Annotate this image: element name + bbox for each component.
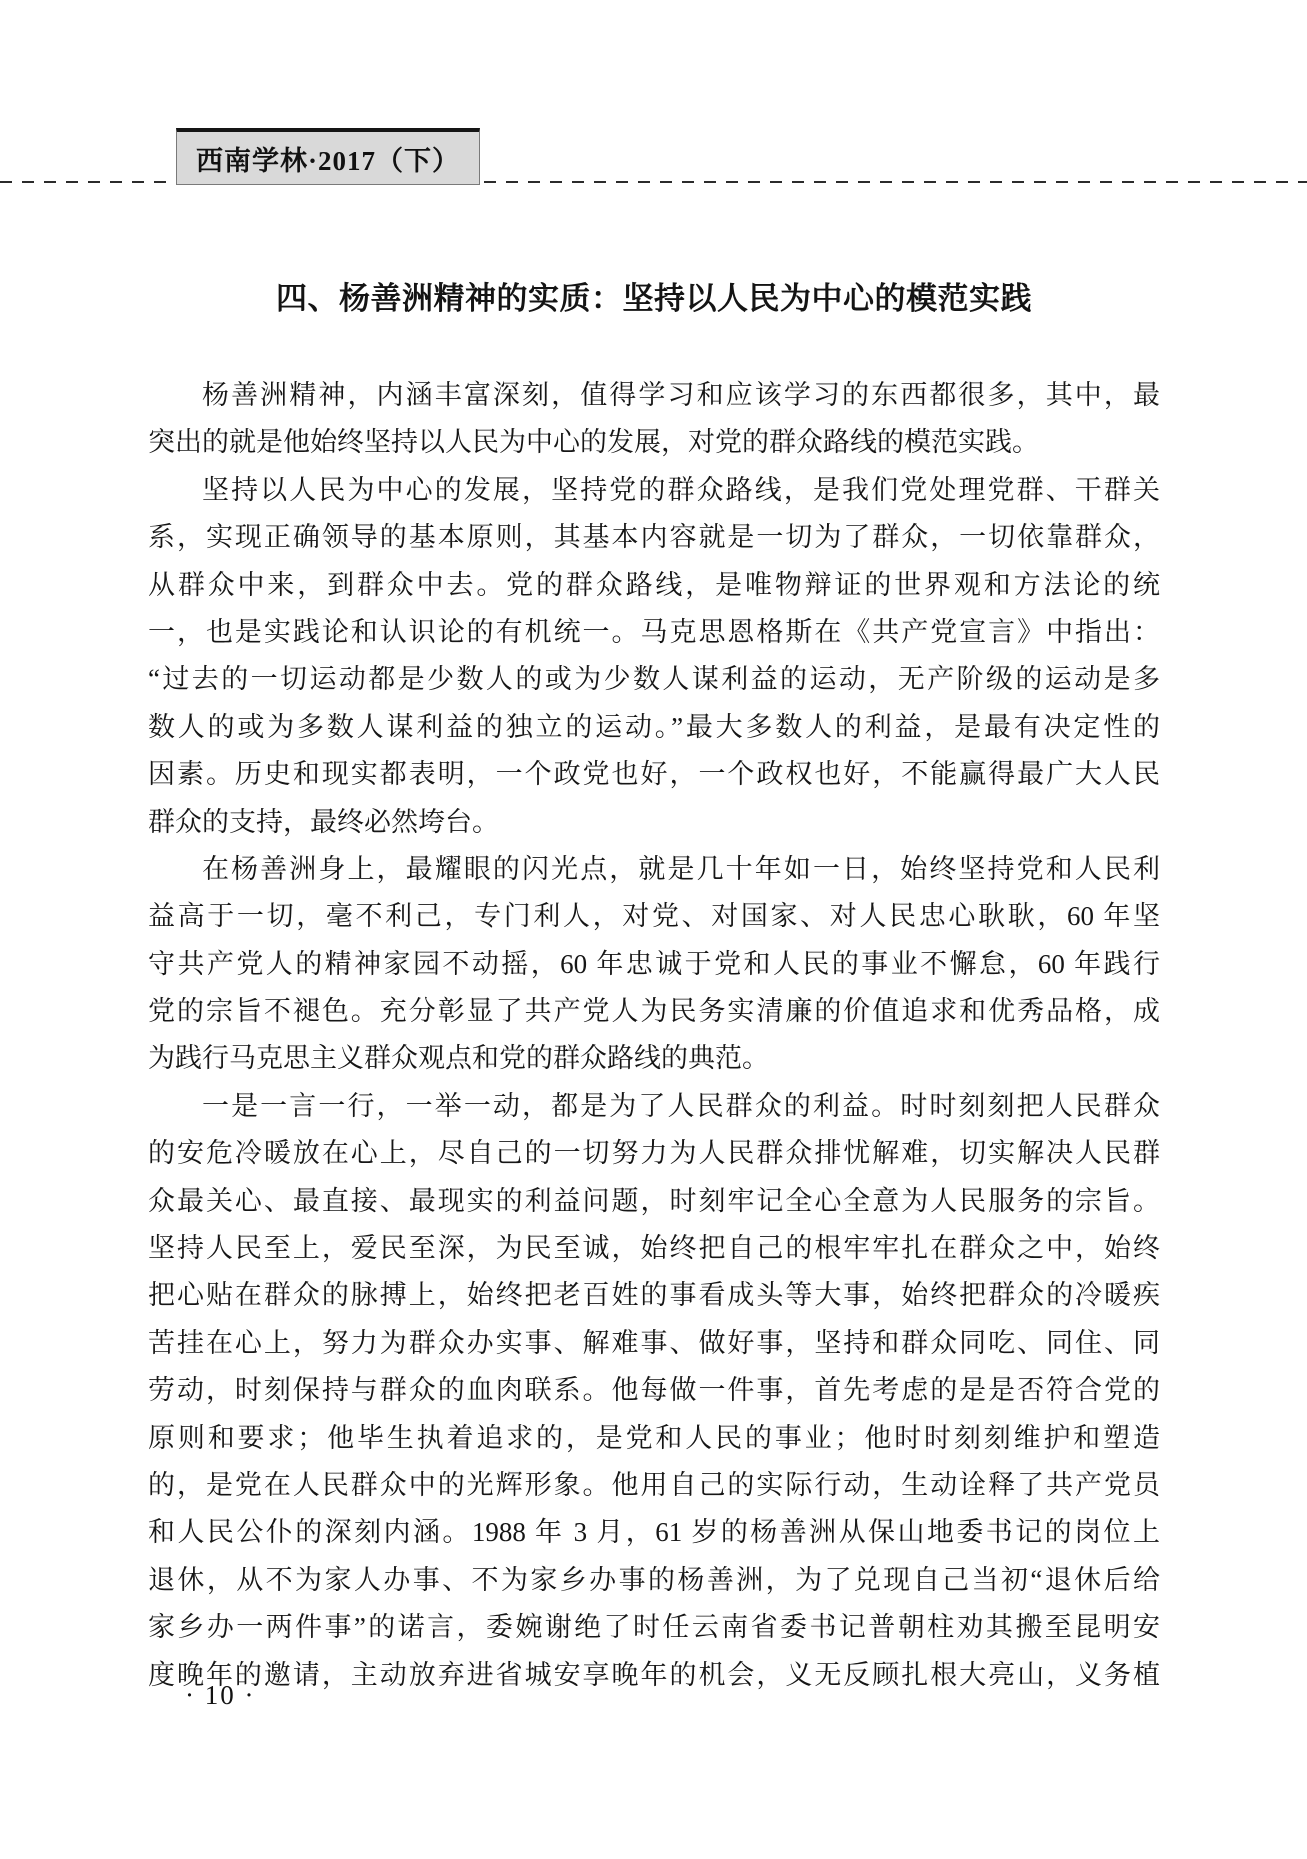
text-line: 党的宗旨不褪色。充分彰显了共产党人为民务实清廉的价值追求和优秀品格，成 bbox=[148, 988, 1160, 1035]
text-line: 原则和要求；他毕生执着追求的，是党和人民的事业；他时时刻刻维护和塑造 bbox=[148, 1415, 1160, 1462]
text-line: 坚持人民至上，爱民至深，为民至诚，始终把自己的根牢牢扎在群众之中，始终 bbox=[148, 1225, 1160, 1272]
text-line: 的，是党在人民群众中的光辉形象。他用自己的实际行动，生动诠释了共产党员 bbox=[148, 1462, 1160, 1509]
document-page: 西南学林·2017（下） 四、杨善洲精神的实质：坚持以人民为中心的模范实践 杨善… bbox=[0, 0, 1307, 1859]
text-line: 在杨善洲身上，最耀眼的闪光点，就是几十年如一日，始终坚持党和人民利 bbox=[148, 846, 1160, 893]
text-line: 益高于一切，毫不利己，专门利人，对党、对国家、对人民忠心耿耿，60 年坚 bbox=[148, 893, 1160, 940]
text-line: 突出的就是他始终坚持以人民为中心的发展，对党的群众路线的模范实践。 bbox=[148, 419, 1160, 466]
paragraph: 杨善洲精神，内涵丰富深刻，值得学习和应该学习的东西都很多，其中，最突出的就是他始… bbox=[148, 372, 1160, 467]
text-line: 把心贴在群众的脉搏上，始终把老百姓的事看成头等大事，始终把群众的冷暖疾 bbox=[148, 1272, 1160, 1319]
text-line: 系，实现正确领导的基本原则，其基本内容就是一切为了群众，一切依靠群众， bbox=[148, 514, 1160, 561]
text-line: 一，也是实践论和认识论的有机统一。马克思恩格斯在《共产党宣言》中指出： bbox=[148, 609, 1160, 656]
text-line: 家乡办一两件事”的诺言，委婉谢绝了时任云南省委书记普朝柱劝其搬至昆明安 bbox=[148, 1604, 1160, 1651]
paragraph: 一是一言一行，一举一动，都是为了人民群众的利益。时时刻刻把人民群众的安危冷暖放在… bbox=[148, 1083, 1160, 1699]
article-body: 杨善洲精神，内涵丰富深刻，值得学习和应该学习的东西都很多，其中，最突出的就是他始… bbox=[148, 372, 1160, 1699]
page-number: · 10 · bbox=[185, 1680, 255, 1711]
text-line: “过去的一切运动都是少数人的或为少数人谋利益的运动，无产阶级的运动是多 bbox=[148, 656, 1160, 703]
text-line: 杨善洲精神，内涵丰富深刻，值得学习和应该学习的东西都很多，其中，最 bbox=[148, 372, 1160, 419]
text-line: 劳动，时刻保持与群众的血肉联系。他每做一件事，首先考虑的是是否符合党的 bbox=[148, 1367, 1160, 1414]
text-line: 的安危冷暖放在心上，尽自己的一切努力为人民群众排忧解难，切实解决人民群 bbox=[148, 1130, 1160, 1177]
text-line: 守共产党人的精神家园不动摇，60 年忠诚于党和人民的事业不懈怠，60 年践行 bbox=[148, 941, 1160, 988]
section-title: 四、杨善洲精神的实质：坚持以人民为中心的模范实践 bbox=[148, 278, 1160, 320]
text-line: 群众的支持，最终必然垮台。 bbox=[148, 799, 1160, 846]
text-line: 和人民公仆的深刻内涵。1988 年 3 月，61 岁的杨善洲从保山地委书记的岗位… bbox=[148, 1509, 1160, 1556]
text-line: 数人的或为多数人谋利益的独立的运动。”最大多数人的利益，是最有决定性的 bbox=[148, 704, 1160, 751]
text-line: 为践行马克思主义群众观点和党的群众路线的典范。 bbox=[148, 1035, 1160, 1082]
paragraph: 坚持以人民为中心的发展，坚持党的群众路线，是我们党处理党群、干群关系，实现正确领… bbox=[148, 467, 1160, 846]
text-line: 坚持以人民为中心的发展，坚持党的群众路线，是我们党处理党群、干群关 bbox=[148, 467, 1160, 514]
journal-title: 西南学林·2017（下） bbox=[196, 139, 460, 178]
running-head-box: 西南学林·2017（下） bbox=[176, 128, 480, 185]
paragraph: 在杨善洲身上，最耀眼的闪光点，就是几十年如一日，始终坚持党和人民利益高于一切，毫… bbox=[148, 846, 1160, 1083]
text-line: 退休，从不为家人办事、不为家乡办事的杨善洲，为了兑现自己当初“退休后给 bbox=[148, 1557, 1160, 1604]
text-column: 四、杨善洲精神的实质：坚持以人民为中心的模范实践 杨善洲精神，内涵丰富深刻，值得… bbox=[148, 278, 1160, 1699]
text-line: 因素。历史和现实都表明，一个政党也好，一个政权也好，不能赢得最广大人民 bbox=[148, 751, 1160, 798]
text-line: 苦挂在心上，努力为群众办实事、解难事、做好事，坚持和群众同吃、同住、同 bbox=[148, 1320, 1160, 1367]
text-line: 度晚年的邀请，主动放弃进省城安享晚年的机会，义无反顾扎根大亮山，义务植 bbox=[148, 1652, 1160, 1699]
text-line: 从群众中来，到群众中去。党的群众路线，是唯物辩证的世界观和方法论的统 bbox=[148, 562, 1160, 609]
text-line: 一是一言一行，一举一动，都是为了人民群众的利益。时时刻刻把人民群众 bbox=[148, 1083, 1160, 1130]
text-line: 众最关心、最直接、最现实的利益问题，时刻牢记全心全意为人民服务的宗旨。 bbox=[148, 1178, 1160, 1225]
